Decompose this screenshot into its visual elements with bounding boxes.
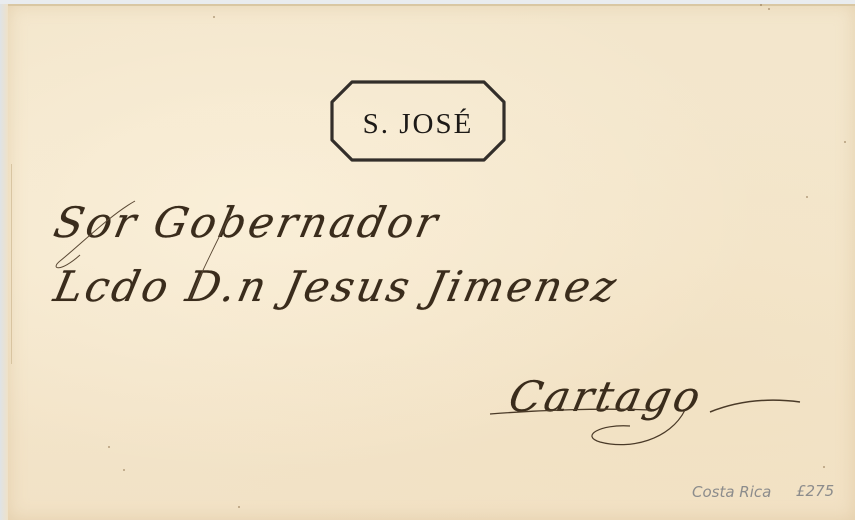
pencil-note-country: Costa Rica (692, 483, 771, 501)
paper-speck (238, 506, 240, 508)
handwriting-flourish-icon (40, 195, 240, 305)
paper-speck (823, 466, 825, 468)
paper-speck (806, 196, 808, 198)
pencil-note-price: £275 (796, 482, 834, 500)
paper-speck (844, 141, 846, 143)
envelope-left-edge (0, 4, 8, 520)
postmark-s-jose: S. JOSÉ (330, 80, 506, 162)
paper-speck (108, 446, 110, 448)
paper-speck (213, 16, 215, 18)
paper-speck (768, 8, 770, 10)
postmark-text: S. JOSÉ (330, 80, 506, 162)
paper-speck (123, 469, 125, 471)
cover-top-edge (8, 4, 855, 6)
fold-line (11, 164, 12, 364)
paper-speck (760, 4, 762, 6)
signature-flourish-icon (480, 380, 810, 460)
